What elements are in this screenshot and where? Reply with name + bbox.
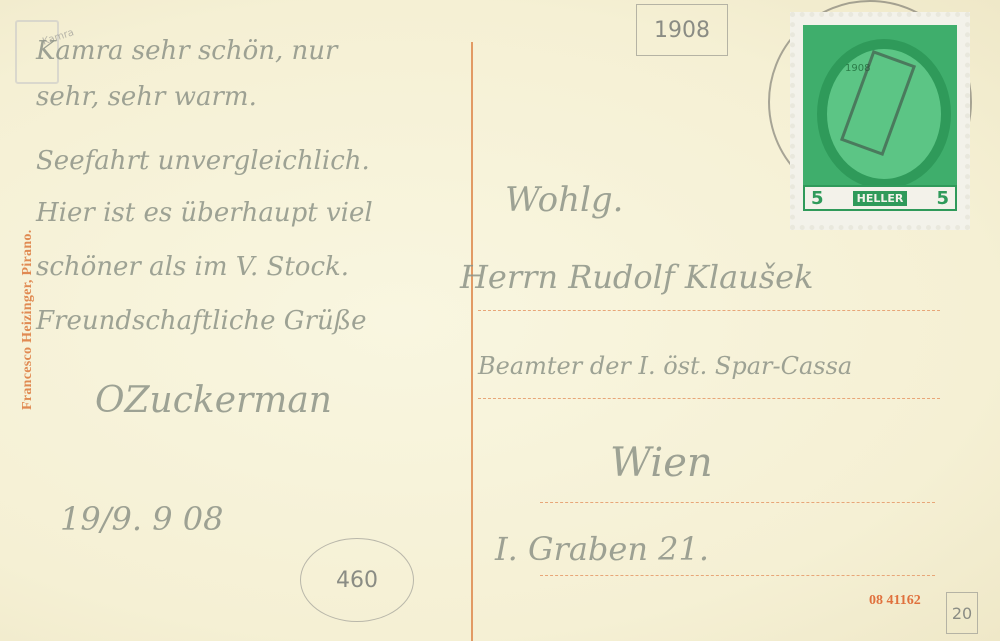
message-line-4: Hier ist es überhaupt viel [36, 198, 373, 228]
signature: OZuckerman [95, 380, 332, 421]
stamp-value-right: 5 [936, 188, 949, 209]
date-written: 19/9. 9 08 [60, 500, 223, 538]
circled-number-annotation: 460 [300, 538, 414, 622]
stamp-value-bar: 5 HELLER 5 [803, 185, 957, 211]
publisher-imprint: Francesco Heizinger, Pirano. [20, 229, 36, 410]
stamp-value-left: 5 [811, 188, 824, 209]
address-line-4 [540, 575, 935, 576]
year-annotation: 1908 [654, 18, 710, 43]
address-salutation: Wohlg. [505, 180, 623, 220]
serial-number: 08 41162 [869, 593, 921, 609]
message-line-3: Seefahrt unvergleichlich. [36, 146, 370, 176]
address-line-2 [478, 398, 940, 399]
message-line-5: schöner als im V. Stock. [36, 252, 349, 282]
circled-number: 460 [336, 568, 378, 593]
corner-number-box: 20 [946, 592, 978, 634]
stamp-currency: HELLER [853, 191, 908, 206]
address-name: Herrn Rudolf Klaušek [460, 258, 814, 296]
address-street: I. Graben 21. [495, 530, 709, 568]
center-divider-line [471, 42, 473, 641]
address-city: Wien [610, 440, 713, 486]
message-line-1: Kamra sehr schön, nur [36, 36, 337, 66]
corner-number: 20 [952, 604, 972, 623]
address-title: Beamter der I. öst. Spar-Cassa [478, 352, 852, 380]
postcard-back: Kamra Francesco Heizinger, Pirano. Kamra… [0, 0, 1000, 641]
address-line-3 [540, 502, 935, 503]
address-line-1 [478, 310, 940, 311]
year-annotation-box: 1908 [636, 4, 728, 56]
message-line-6: Freundschaftliche Grüße [36, 306, 367, 336]
message-line-2: sehr, sehr warm. [36, 82, 257, 112]
